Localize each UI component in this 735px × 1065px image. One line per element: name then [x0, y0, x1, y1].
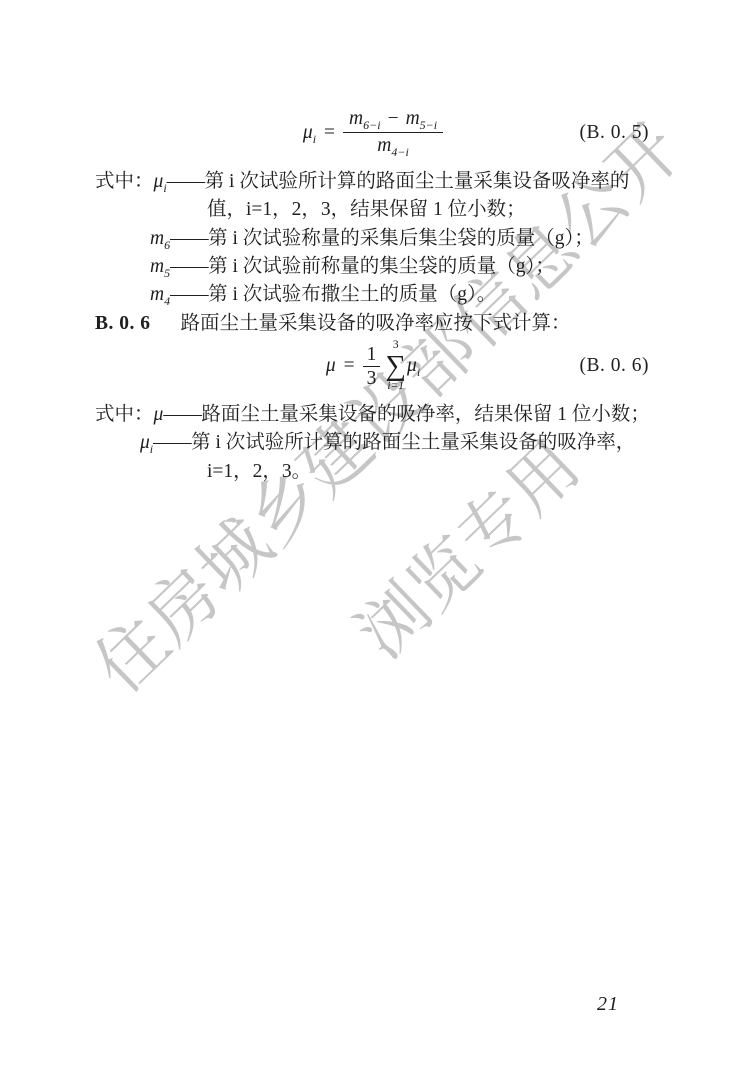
mu-symbol: μ: [407, 355, 417, 376]
formula-b05: μi = m6−i−m5−i m4−i (B. 0. 5): [95, 108, 651, 158]
mu-subscript: i: [417, 365, 420, 379]
definition-text: 第 i 次试验所计算的路面尘土量采集设备吸净率的: [205, 171, 630, 192]
mu-symbol: μ: [326, 355, 336, 377]
where-b06-line-1: 式中：μ——路面尘土量采集设备的吸净率，结果保留 1 位小数；: [95, 401, 651, 429]
definition-dash: ——: [170, 284, 208, 305]
formula-b06-label: (B. 0. 6): [580, 355, 650, 377]
clause-text: 路面尘土量采集设备的吸净率应按下式计算：: [181, 313, 571, 334]
mu-symbol: μ: [140, 432, 150, 453]
fraction-b05: m6−i−m5−i m4−i: [343, 108, 443, 158]
m4-term: m4−i: [377, 135, 409, 156]
definition-dash: ——: [153, 432, 191, 453]
page-content: μi = m6−i−m5−i m4−i (B. 0. 5) 式中：μi——第 i…: [95, 0, 651, 486]
m6-subscript: 6−i: [363, 118, 380, 132]
definition-text: 第 i 次试验布撒尘土的质量（g）。: [208, 284, 496, 305]
m5-term: m5−i: [406, 108, 438, 129]
definition-text: 第 i 次试验称量的采集后集尘袋的质量（g）；: [208, 228, 594, 249]
m5-term: m5: [150, 256, 170, 277]
formula-b06: μ = 1 3 3 ∑ i=1 μi (B. 0. 6): [95, 340, 651, 393]
formula-b05-label: (B. 0. 5): [580, 122, 650, 144]
where-b05-line-5: m4——第 i 次试验布撒尘土的质量（g）。: [95, 281, 651, 309]
m-symbol: m: [406, 108, 420, 129]
mu-i-term: μi: [407, 355, 420, 377]
mu-i-term: μi: [154, 171, 167, 192]
where-b05-line-1: 式中：μi——第 i 次试验所计算的路面尘土量采集设备吸净率的: [95, 168, 651, 196]
mu-symbol: μ: [154, 171, 164, 192]
m6-term: m6−i: [349, 108, 381, 129]
formula-b05-lhs: μi: [303, 122, 316, 144]
clause-number: B. 0. 6: [95, 313, 151, 334]
equals-sign: =: [324, 122, 335, 144]
mu-symbol: μ: [303, 122, 313, 143]
fraction-denominator: 3: [367, 367, 377, 389]
where-b05-line-4: m5——第 i 次试验前称量的集尘袋的质量（g）；: [95, 253, 651, 281]
definition-text: 第 i 次试验前称量的集尘袋的质量（g）；: [208, 256, 555, 277]
where-clause-b06: 式中：μ——路面尘土量采集设备的吸净率，结果保留 1 位小数； μi——第 i …: [95, 401, 651, 486]
m4-subscript: 4−i: [391, 145, 408, 159]
m6-term: m6: [150, 228, 170, 249]
m5-subscript: 5−i: [420, 118, 437, 132]
sigma-symbol: ∑: [385, 353, 406, 381]
definition-dash: ——: [163, 404, 201, 425]
definition-dash: ——: [170, 228, 208, 249]
where-lead: 式中：: [95, 171, 154, 192]
sum-lower-limit: i=1: [387, 381, 404, 393]
m4-term: m4: [150, 284, 170, 305]
definition-text: 第 i 次试验所计算的路面尘土量采集设备的吸净率，: [191, 432, 635, 453]
page-number: 21: [597, 993, 619, 1016]
definition-text-continued: 值，i=1，2，3，结果保留 1 位小数；: [207, 199, 526, 220]
where-b05-line-2: 值，i=1，2，3，结果保留 1 位小数；: [95, 196, 651, 224]
m-symbol: m: [377, 135, 391, 156]
clause-b06: B. 0. 6路面尘土量采集设备的吸净率应按下式计算：: [95, 310, 651, 338]
definition-dash: ——: [170, 256, 208, 277]
fraction-numerator: 1: [363, 344, 381, 367]
m-symbol: m: [150, 228, 164, 249]
where-b06-line-3: i=1，2，3。: [95, 458, 651, 486]
mu-term: μ: [154, 404, 164, 425]
m-symbol: m: [150, 256, 164, 277]
mu-subscript: i: [313, 132, 316, 146]
where-b05-line-3: m6——第 i 次试验称量的采集后集尘袋的质量（g）；: [95, 225, 651, 253]
one-third-fraction: 1 3: [363, 344, 381, 390]
m-symbol: m: [349, 108, 363, 129]
minus-sign: −: [388, 108, 399, 129]
where-lead: 式中：: [95, 404, 154, 425]
document-page: 住房城乡建设部信息公开 浏览专用 μi = m6−i−m5−i m4−i (B.…: [0, 0, 735, 1065]
definition-text: 路面尘土量采集设备的吸净率，结果保留 1 位小数；: [201, 404, 650, 425]
definition-dash: ——: [167, 171, 205, 192]
definition-text-continued: i=1，2，3。: [207, 461, 311, 482]
fraction-denominator: m4−i: [377, 133, 409, 157]
equals-sign: =: [344, 355, 355, 377]
where-b06-line-2: μi——第 i 次试验所计算的路面尘土量采集设备的吸净率，: [95, 429, 651, 457]
fraction-numerator: m6−i−m5−i: [343, 108, 443, 133]
mu-i-term: μi: [140, 432, 153, 453]
summation: 3 ∑ i=1: [385, 340, 406, 393]
m-symbol: m: [150, 284, 164, 305]
where-clause-b05: 式中：μi——第 i 次试验所计算的路面尘土量采集设备吸净率的 值，i=1，2，…: [95, 168, 651, 338]
